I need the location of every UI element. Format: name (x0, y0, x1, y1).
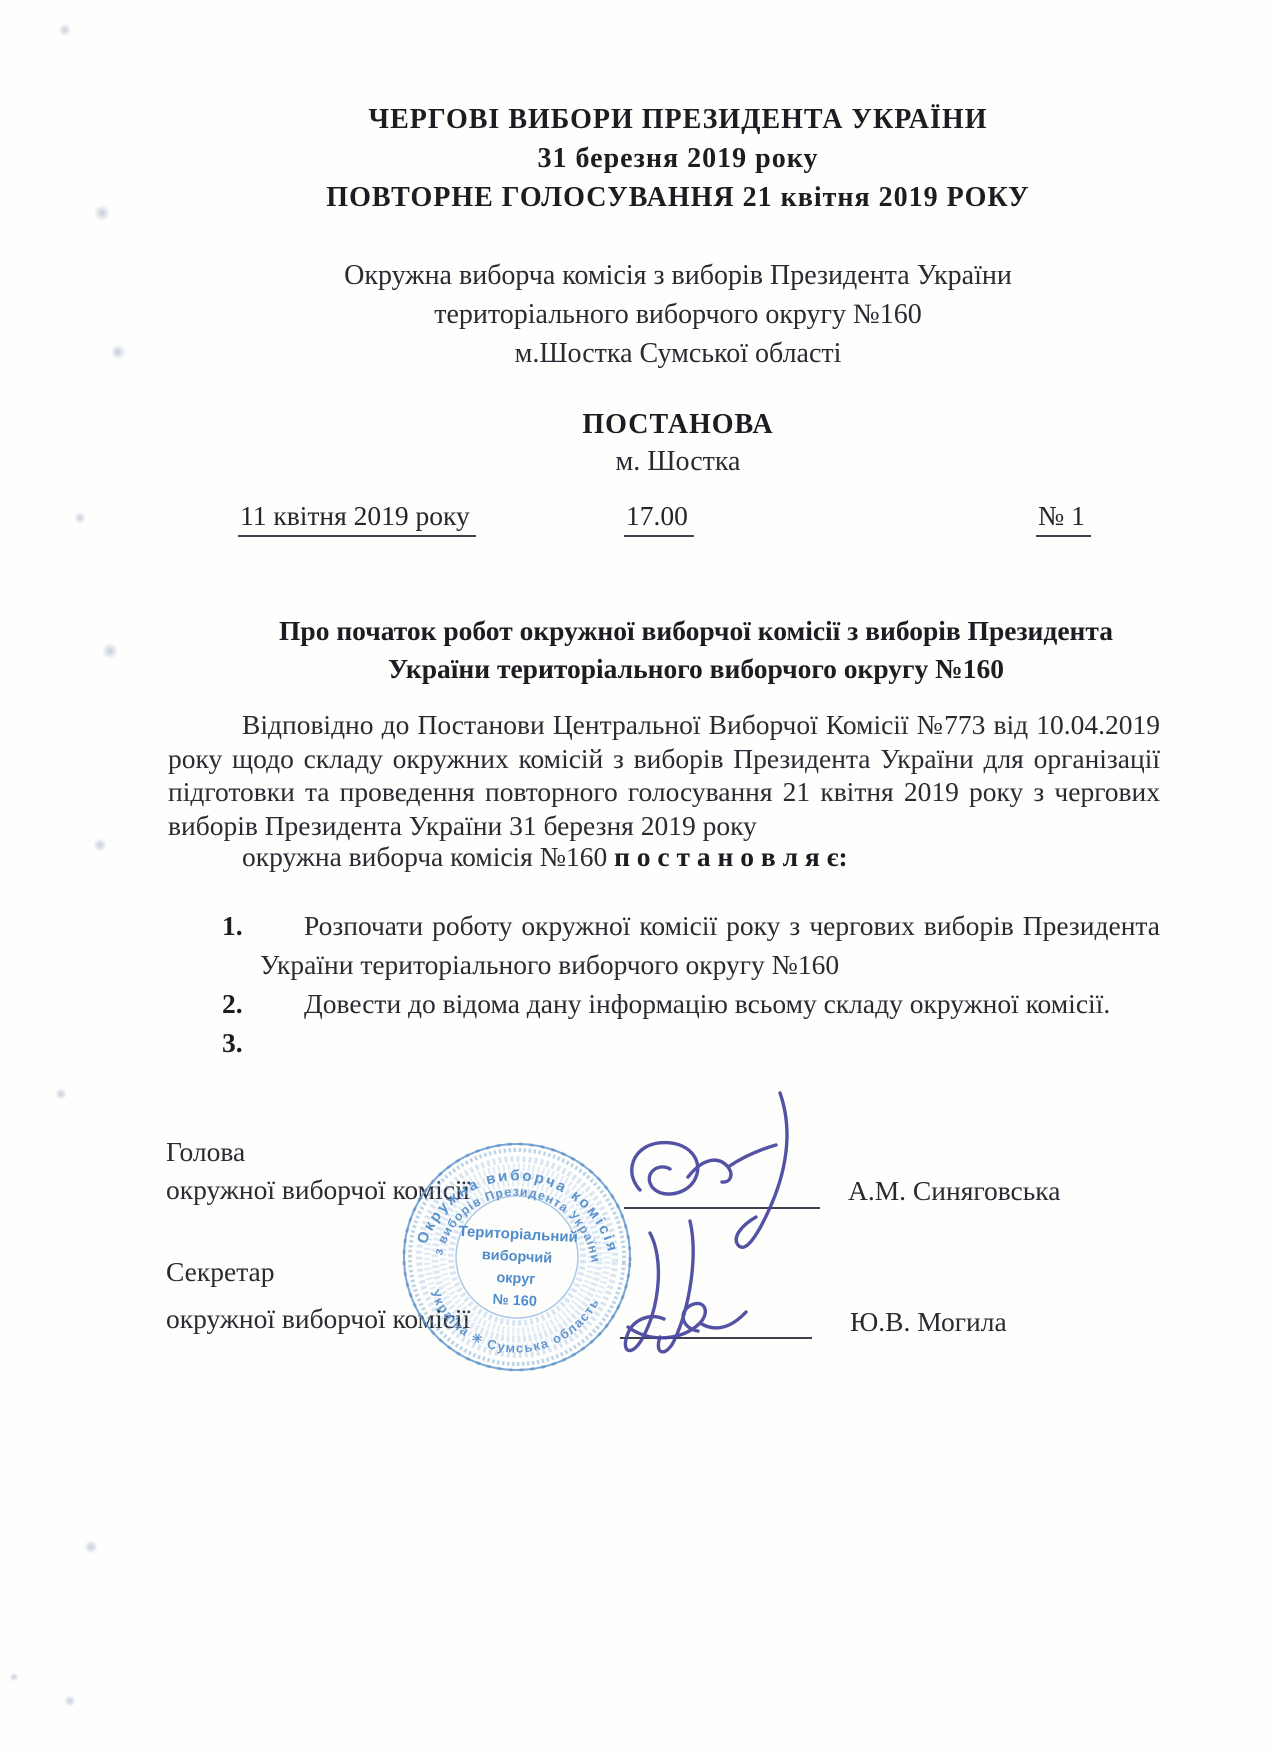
doc-date: 11 квітня 2019 року (238, 500, 476, 537)
scan-noise (93, 838, 107, 852)
item-number: 2. (222, 984, 243, 1023)
scan-noise (102, 642, 118, 660)
scan-noise (58, 24, 72, 36)
doc-number: № 1 (1036, 500, 1091, 537)
resolves-verb: п о с т а н о в л я є: (614, 841, 848, 872)
signer2-role-line1: Секретар (166, 1256, 275, 1288)
commission-block: Окружна виборча комісія з виборів Презид… (80, 256, 1276, 373)
scan-noise (110, 344, 126, 360)
item-text (260, 1023, 1160, 1062)
list-item: 1. Розпочати роботу окружної комісії рок… (222, 906, 1160, 984)
stamp-center-line4: № 160 (492, 1292, 537, 1310)
signer1-role-line1: Голова (166, 1136, 245, 1168)
item-text: Довести до відома дану інформацію всьому… (260, 984, 1160, 1023)
scan-noise (74, 512, 86, 524)
item-text: Розпочати роботу окружної комісії року з… (260, 906, 1160, 984)
doc-type-block: ПОСТАНОВА м. Шостка (80, 406, 1276, 480)
doc-place: м. Шостка (80, 443, 1276, 480)
commission-line-1: Окружна виборча комісія з виборів Презид… (80, 256, 1276, 295)
resolution-items: 1. Розпочати роботу окружної комісії рок… (222, 906, 1160, 1062)
item-number: 3. (222, 1023, 243, 1062)
commission-line-3: м.Шостка Сумської області (80, 334, 1276, 373)
doc-time: 17.00 (624, 500, 694, 537)
body-paragraph: Відповідно до Постанови Центральної Вибо… (168, 708, 1160, 842)
header-line-2: 31 березня 2019 року (80, 139, 1276, 178)
date-row: 11 квітня 2019 року 17.00 № 1 (0, 500, 1276, 540)
doc-type: ПОСТАНОВА (80, 406, 1276, 443)
list-item: 3. (222, 1023, 1160, 1062)
doc-title-line-2: України територіального виборчого округу… (183, 650, 1209, 688)
item-number: 1. (222, 906, 243, 945)
scan-noise (64, 1695, 76, 1707)
list-item: 2. Довести до відома дану інформацію всь… (222, 984, 1160, 1023)
scan-noise (84, 1540, 98, 1554)
scan-noise (55, 1088, 67, 1100)
resolves-line: окружна виборча комісія №160 п о с т а н… (168, 841, 1168, 873)
doc-title: Про початок робот окружної виборчої комі… (183, 612, 1209, 688)
scanned-document-page: ЧЕРГОВІ ВИБОРИ ПРЕЗИДЕНТА УКРАЇНИ 31 бер… (0, 0, 1276, 1755)
header-line-3: ПОВТОРНЕ ГОЛОСУВАННЯ 21 квітня 2019 РОКУ (80, 178, 1276, 217)
header-line-1: ЧЕРГОВІ ВИБОРИ ПРЕЗИДЕНТА УКРАЇНИ (80, 100, 1276, 139)
scan-noise (10, 1672, 18, 1682)
commission-line-2: територіального виборчого округу №160 (80, 295, 1276, 334)
signer2-name: Ю.В. Могила (850, 1306, 1007, 1338)
scan-noise (94, 204, 110, 222)
resolves-lead: окружна виборча комісія №160 (242, 841, 614, 872)
doc-title-line-1: Про початок робот окружної виборчої комі… (183, 612, 1209, 650)
stamp-center-line3: округ (496, 1270, 536, 1288)
election-header: ЧЕРГОВІ ВИБОРИ ПРЕЗИДЕНТА УКРАЇНИ 31 бер… (80, 100, 1276, 217)
signature2-ink (598, 1215, 828, 1380)
